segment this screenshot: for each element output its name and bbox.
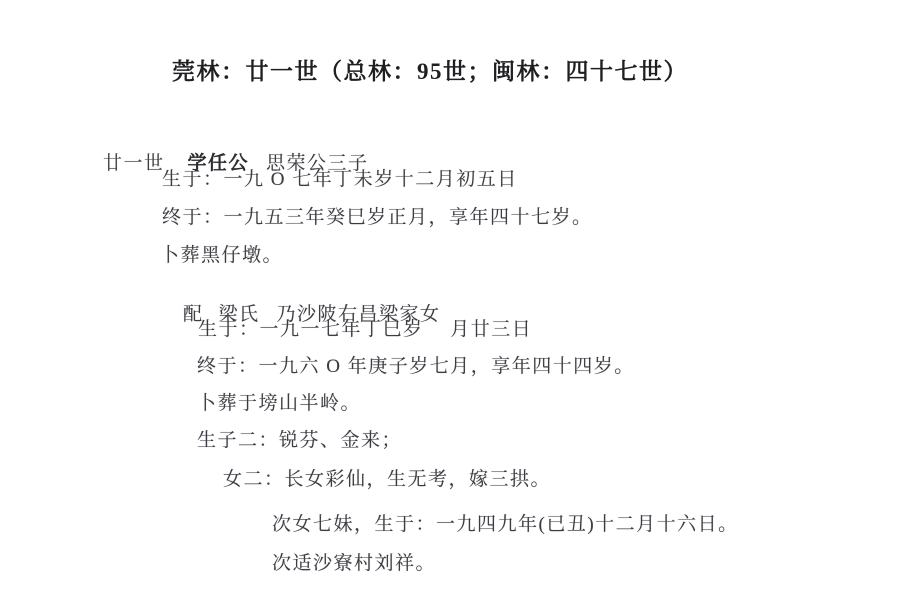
generation-label: 廿一世	[103, 153, 165, 174]
spouse-birth-line: 生于：一九一七年丁巳岁 月廿三日	[198, 314, 532, 341]
sons-line: 生子二：锐芬、金来；	[197, 425, 402, 452]
spouse-burial-line: 卜葬于塝山半岭。	[197, 388, 361, 415]
daughters-second-marriage-line: 次适沙寮村刘祥。	[272, 548, 436, 575]
page-title: 莞林：廿一世（总林：95世；闽林：四十七世）	[0, 53, 860, 86]
daughters-second-line: 次女七妹，生于：一九四九年(已丑)十二月十六日。	[272, 509, 739, 536]
spouse-death-line: 终于：一九六 O 年庚子岁七月，享年四十四岁。	[197, 351, 635, 378]
daughters-first-line: 女二：长女彩仙，生无考，嫁三拱。	[223, 464, 551, 491]
person-burial-line: 卜葬黑仔墩。	[160, 240, 283, 267]
person-birth-line: 生于：一九 O 七年丁未岁十二月初五日	[162, 164, 518, 191]
person-death-line: 终于：一九五三年癸巳岁正月，享年四十七岁。	[162, 202, 593, 229]
genealogy-page: 莞林：廿一世（总林：95世；闽林：四十七世） 廿一世学任公思荣公三子 生于：一九…	[0, 0, 900, 615]
